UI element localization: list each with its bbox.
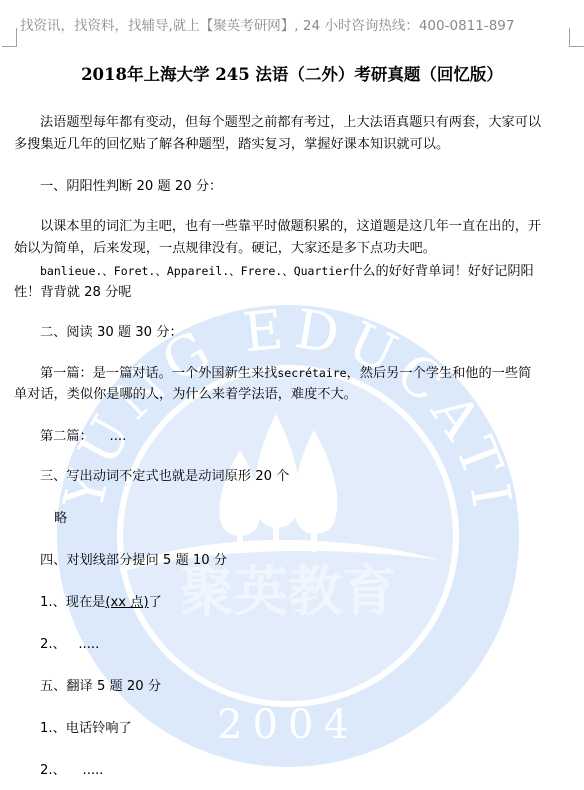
section4-heading: 四、对划线部分提问 5 题 10 分: [14, 550, 584, 572]
section4-item1: 1.、现在是(xx 点)了: [14, 592, 584, 614]
section3-content: 略: [14, 508, 584, 530]
section1-words-line2: 性！背背就 28 分呢: [14, 282, 574, 304]
piece1-prefix: 第一篇：是一篇对话。一个外国新生来找: [40, 366, 277, 381]
intro-paragraph-line2: 多搜集近几年的回忆贴了解各种题型，踏实复习，掌握好课本知识就可以。: [14, 134, 574, 156]
item1-prefix: 1.、现在是: [40, 595, 105, 610]
section3-heading: 三、写出动词不定式也就是动词原形 20 个: [14, 466, 584, 488]
section1-heading: 一、阴阳性判断 20 题 20 分：: [14, 176, 584, 198]
section1-words-line: banlieue.、Foret.、Appareil.、Frere.、Quarti…: [14, 260, 584, 283]
piece1-french-word: secrétaire: [277, 366, 346, 380]
intro-paragraph-line1: 法语题型每年都有变动，但每个题型之前都有考过，上大法语真题只有两套，大家可以: [14, 112, 584, 134]
section5-item2: 2.、 .....: [14, 760, 584, 782]
section1-paragraph-line1: 以课本里的词汇为主吧，也有一些靠平时做题积累的，这道题是这几年一直在出的，开: [14, 216, 584, 238]
section5-heading: 五、翻译 5 题 20 分: [14, 676, 584, 698]
section1-paragraph-line2: 始以为简单，后来发现，一点规律没有。硬记，大家还是多下点功夫吧。: [14, 238, 574, 260]
section5-item1: 1.、电话铃响了: [14, 718, 584, 740]
words-advice: 什么的好好背单词！好好记阴阳: [349, 264, 534, 279]
item1-suffix: 了: [149, 595, 162, 610]
page-title: 2018年上海大学 245 法语（二外）考研真题（回忆版）: [0, 61, 584, 85]
item1-underlined-part: (xx 点): [105, 595, 148, 610]
header-banner: 找资讯，找资料，找辅导,就上【聚英考研网】, 24 小时咨询热线：400-081…: [20, 14, 514, 34]
section2-piece1-line1: 第一篇：是一篇对话。一个外国新生来找secrétaire，然后另一个学生和他的一…: [14, 362, 584, 385]
page-corner-mark-left: [2, 28, 17, 47]
section2-heading: 二、阅读 30 题 30 分：: [14, 322, 584, 344]
section2-piece2: 第二篇： ....: [14, 426, 584, 448]
section2-piece1-line2: 单对话，类似你是哪的人，为什么来着学法语，难度不大。: [14, 384, 574, 406]
page-corner-mark-right: [569, 28, 584, 47]
piece1-rest: ，然后另一个学生和他的一些简: [347, 366, 532, 381]
section4-item2: 2.、 .....: [14, 634, 584, 656]
french-words-list: banlieue.、Foret.、Appareil.、Frere.、Quarti…: [40, 264, 349, 278]
document-page: YUNG EDUCATION 聚英教育 2004 找资讯，找资料，找辅导,就上【…: [0, 0, 584, 790]
